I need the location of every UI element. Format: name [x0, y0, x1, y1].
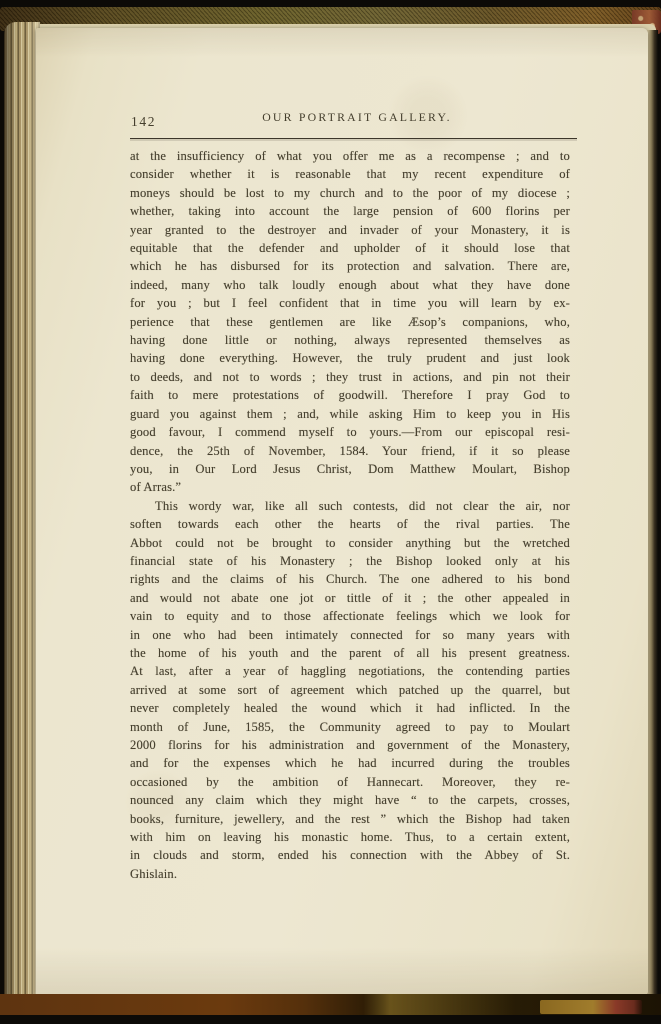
text-line: and for the expenses which he had incurr… — [130, 754, 570, 772]
text-line: having done everything. However, the tru… — [130, 349, 570, 367]
book-photograph: 142 OUR PORTRAIT GALLERY. at the insuffi… — [0, 0, 661, 1024]
text-line: month of June, 1585, the Community agree… — [130, 718, 570, 736]
text-line: the home of his youth and the parent of … — [130, 644, 570, 662]
text-line: Abbot could not be brought to consider a… — [130, 534, 570, 552]
text-line: good favour, I commend myself to yours.—… — [130, 423, 570, 441]
text-line: in clouds and storm, ended his connectio… — [130, 846, 570, 864]
text-line: faith to mere protestations of goodwill.… — [130, 386, 570, 404]
text-line: having done little or nothing, always re… — [130, 331, 570, 349]
text-line: arrived at some sort of agreement which … — [130, 681, 570, 699]
text-line: indeed, many who talk loudly enough abou… — [130, 276, 570, 294]
text-line: Ghislain. — [130, 865, 570, 883]
text-line: with him on leaving his monastic home. T… — [130, 828, 570, 846]
text-line: rights and the claims of his Church. The… — [130, 570, 570, 588]
text-line: and would not abate one jot or tittle of… — [130, 589, 570, 607]
text-line: perience that these gentlemen are like Æ… — [130, 313, 570, 331]
text-line: moneys should be lost to my church and t… — [130, 184, 570, 202]
text-line: for you ; but I feel confident that in t… — [130, 294, 570, 312]
text-line: vain to equity and to those affectionate… — [130, 607, 570, 625]
text-line: occasioned by the ambition of Hannecart.… — [130, 773, 570, 791]
text-line: never completely healed the wound which … — [130, 699, 570, 717]
gilt-corner-fragment — [540, 1000, 642, 1014]
text-line: which he has disbursed for its protectio… — [130, 257, 570, 275]
page-number: 142 — [131, 114, 156, 130]
text-line: to deeds, and not to words ; they trust … — [130, 368, 570, 386]
text-line: This wordy war, like all such contests, … — [130, 497, 570, 515]
printed-text-layer: 142 OUR PORTRAIT GALLERY. at the insuffi… — [130, 105, 570, 143]
text-line: equitable that the defender and upholder… — [130, 239, 570, 257]
text-line: year granted to the destroyer and invade… — [130, 221, 570, 239]
text-line: At last, after a year of haggling negoti… — [130, 662, 570, 680]
text-line: in one who had been intimately connected… — [130, 626, 570, 644]
text-line: books, furniture, jewellery, and the res… — [130, 810, 570, 828]
page-edges-stack — [4, 22, 40, 1006]
text-line: dence, the 25th of November, 1584. Your … — [130, 442, 570, 460]
text-line: you, in Our Lord Jesus Christ, Dom Matth… — [130, 460, 570, 478]
text-line: guard you against them ; and, while aski… — [130, 405, 570, 423]
text-line: financial state of his Monastery ; the B… — [130, 552, 570, 570]
text-line: soften towards each other the hearts of … — [130, 515, 570, 533]
page-body: at the insufficiency of what you offer m… — [130, 147, 570, 883]
running-title: OUR PORTRAIT GALLERY. — [130, 110, 570, 125]
text-line: 2000 florins for his administration and … — [130, 736, 570, 754]
text-line: of Arras.” — [130, 478, 570, 496]
text-line: whether, taking into account the large p… — [130, 202, 570, 220]
text-line: nounced any claim which they might have … — [130, 791, 570, 809]
header-rule — [130, 138, 577, 139]
text-line: consider whether it is reasonable that m… — [130, 165, 570, 183]
text-line: at the insufficiency of what you offer m… — [130, 147, 570, 165]
